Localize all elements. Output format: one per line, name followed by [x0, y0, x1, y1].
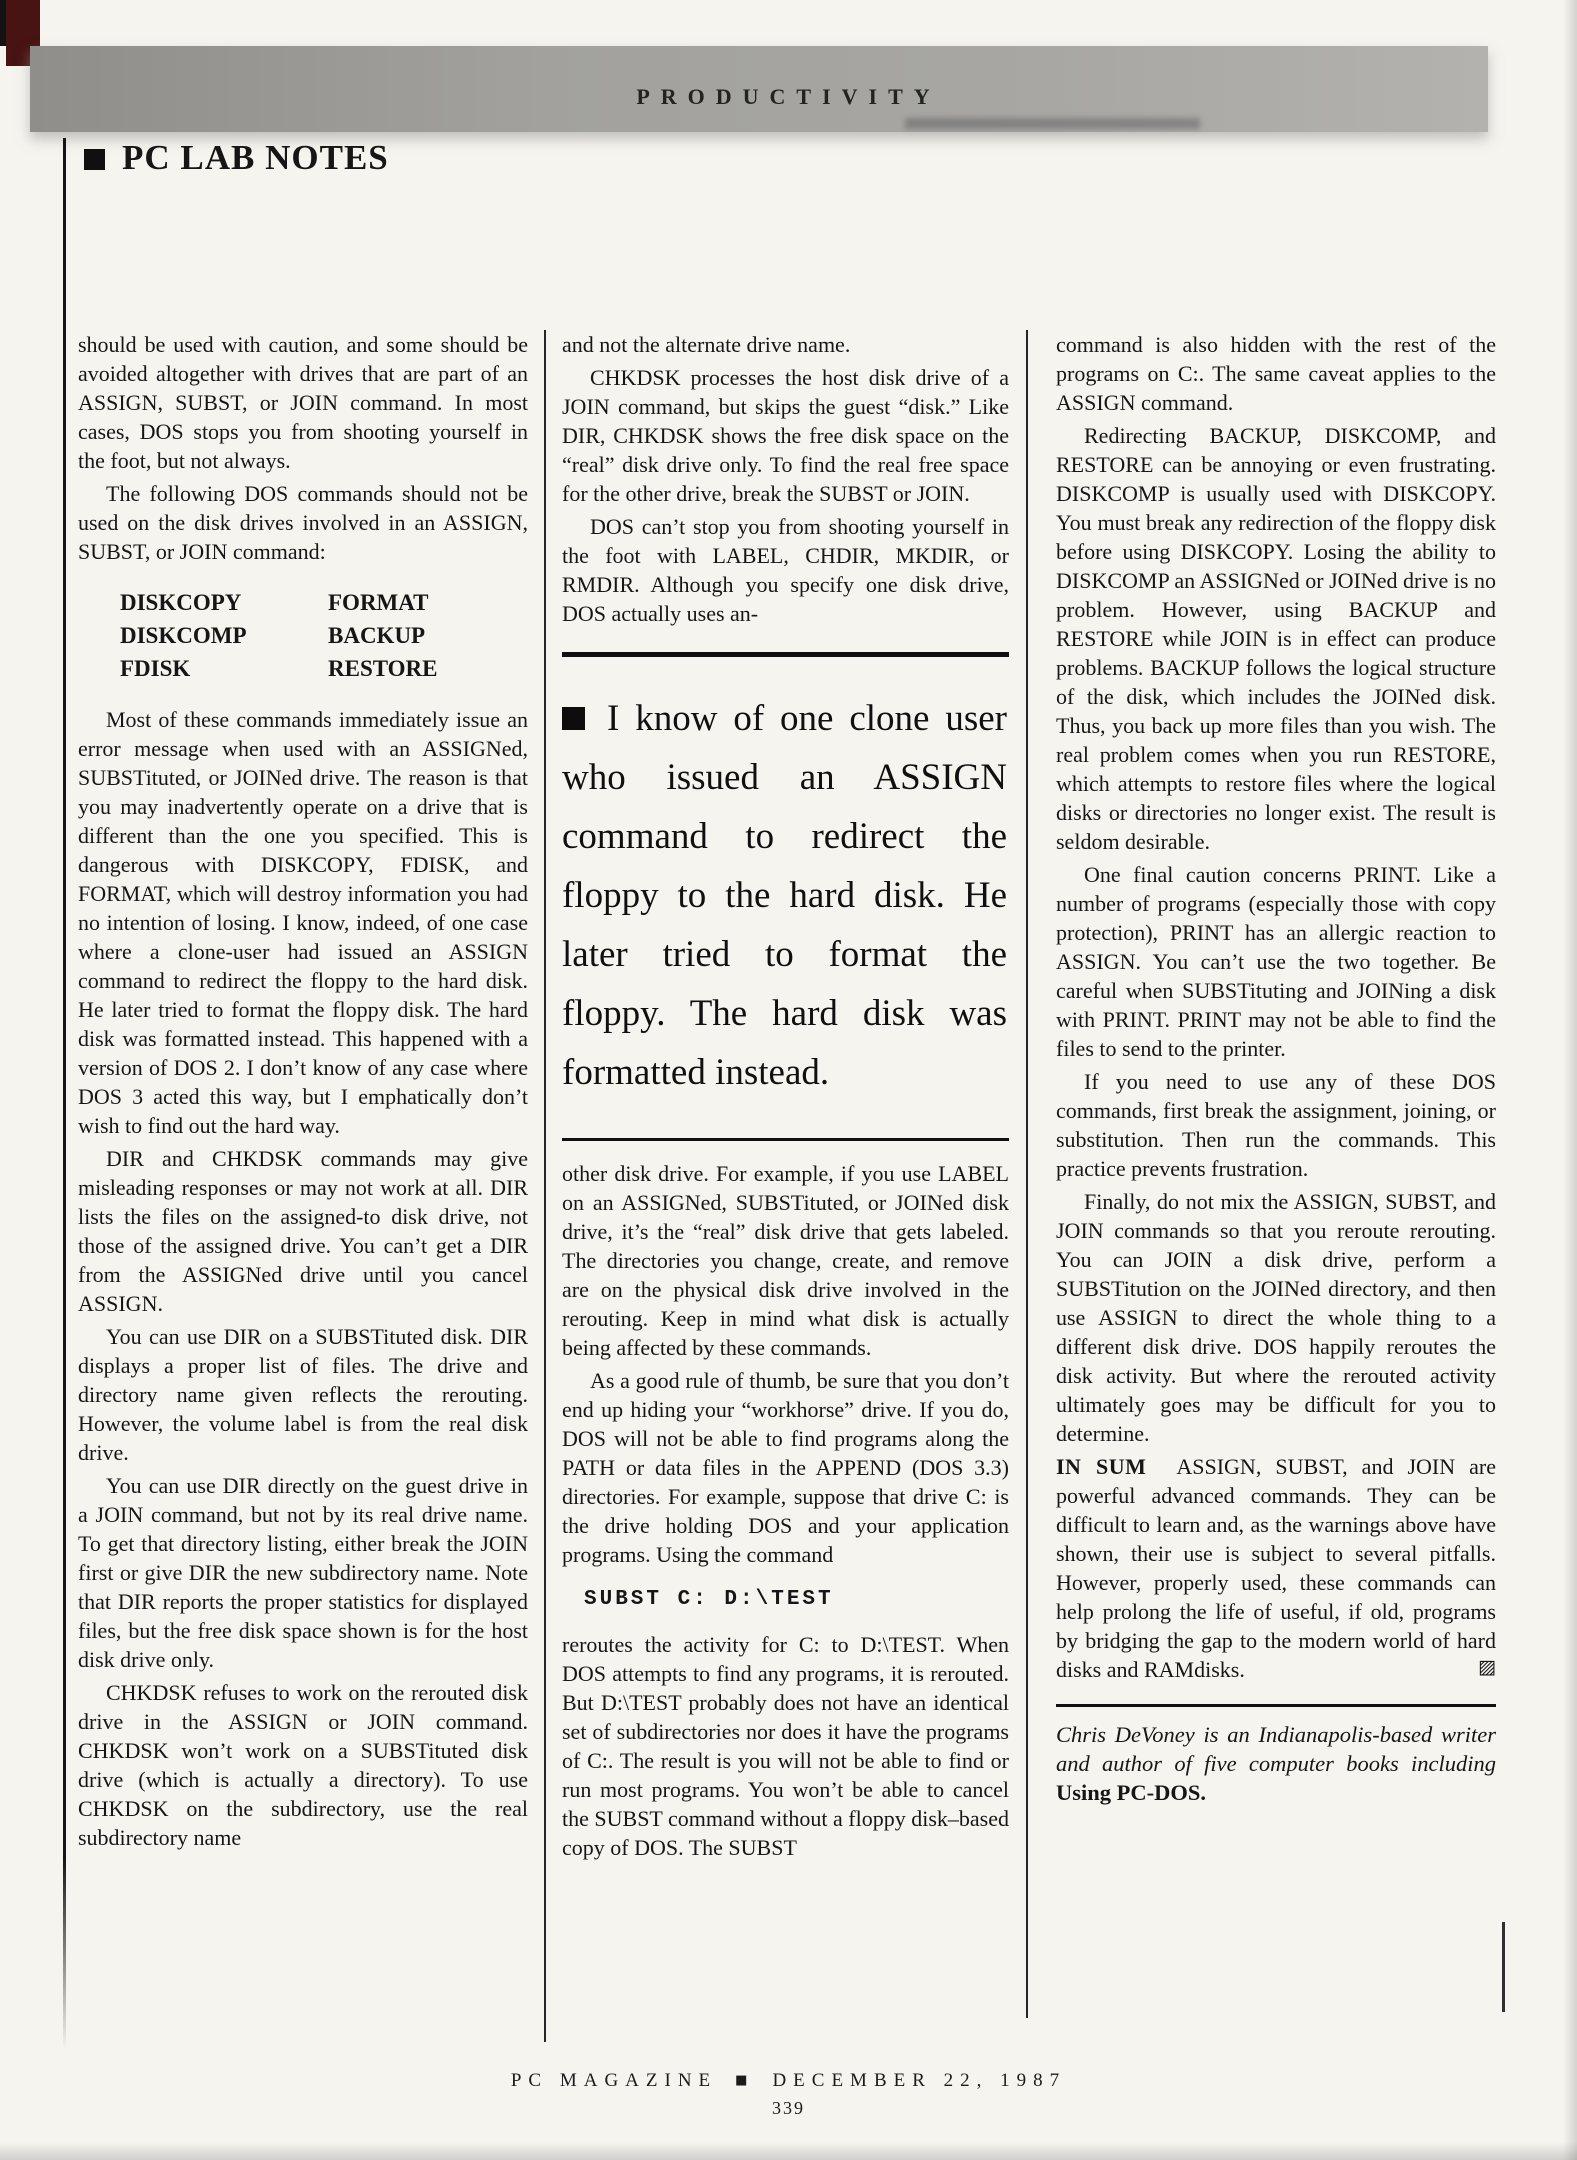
column-divider: [1026, 330, 1028, 2018]
column-head: PC LAB NOTES: [84, 138, 389, 178]
table-cell: BACKUP: [328, 619, 425, 652]
paragraph: CHKDSK processes the host disk drive of …: [562, 363, 1009, 508]
scan-edge-shading: [0, 2142, 1577, 2160]
paragraph: Finally, do not mix the ASSIGN, SUBST, a…: [1056, 1187, 1496, 1448]
footer-separator-icon: ■: [735, 2073, 754, 2088]
text-column-2: and not the alternate drive name. CHKDSK…: [562, 330, 1009, 1866]
text-column-1: should be used with caution, and some sh…: [78, 330, 528, 1856]
paragraph: DIR and CHKDSK commands may give mislead…: [78, 1144, 528, 1318]
paragraph: command is also hidden with the rest of …: [1056, 330, 1496, 417]
in-sum-label: IN SUM: [1056, 1454, 1146, 1479]
text-column-3: command is also hidden with the rest of …: [1056, 330, 1496, 1807]
paragraph: The following DOS commands should not be…: [78, 479, 528, 566]
paragraph: should be used with caution, and some sh…: [78, 330, 528, 475]
paragraph: DOS can’t stop you from shooting yoursel…: [562, 512, 1009, 628]
paragraph: One final caution concerns PRINT. Like a…: [1056, 860, 1496, 1063]
square-bullet-icon: [84, 149, 105, 170]
scan-edge-shading: [1563, 0, 1577, 2160]
paragraph: You can use DIR directly on the guest dr…: [78, 1471, 528, 1674]
table-cell: DISKCOPY: [120, 586, 328, 619]
footer-magazine: PC MAGAZINE: [511, 2070, 717, 2091]
pull-quote-text: I know of one clone user who issued an A…: [562, 698, 1007, 1093]
scan-artifact-line: [1502, 1922, 1505, 2012]
dos-command-text: SUBST C: D:\TEST: [584, 1585, 1009, 1614]
column-divider: [544, 330, 546, 2042]
header-ghost-smudge: [905, 118, 1200, 129]
table-cell: FORMAT: [328, 586, 429, 619]
paragraph: Redirecting BACKUP, DISKCOMP, and RESTOR…: [1056, 421, 1496, 856]
paragraph: and not the alternate drive name.: [562, 330, 1009, 359]
pull-quote: I know of one clone user who issued an A…: [562, 652, 1009, 1141]
table-row: DISKCOPY FORMAT: [120, 586, 528, 619]
page-number: 339: [0, 2098, 1577, 2119]
column-title: PC LAB NOTES: [122, 138, 389, 178]
paragraph: As a good rule of thumb, be sure that yo…: [562, 1366, 1009, 1569]
end-of-article-icon: ▨: [1478, 1653, 1496, 1682]
in-sum-text: ASSIGN, SUBST, and JOIN are powerful adv…: [1056, 1454, 1496, 1682]
paragraph: You can use DIR on a SUBSTituted disk. D…: [78, 1322, 528, 1467]
table-cell: DISKCOMP: [120, 619, 328, 652]
square-bullet-icon: [562, 707, 585, 730]
paragraph: CHKDSK refuses to work on the rerouted d…: [78, 1678, 528, 1852]
magazine-page: { "colors": { "paper": "#f5f4ef", "ink":…: [0, 0, 1577, 2160]
left-margin-rule: [63, 138, 66, 2050]
paragraph: Most of these commands immediately issue…: [78, 705, 528, 1140]
page-footer: PC MAGAZINE■DECEMBER 22, 1987: [0, 2070, 1577, 2092]
paragraph: If you need to use any of these DOS comm…: [1056, 1067, 1496, 1183]
table-row: FDISK RESTORE: [120, 652, 528, 685]
in-sum-paragraph: IN SUMASSIGN, SUBST, and JOIN are powerf…: [1056, 1452, 1496, 1684]
paragraph: reroutes the activity for C: to D:\TEST.…: [562, 1630, 1009, 1862]
table-row: DISKCOMP BACKUP: [120, 619, 528, 652]
table-cell: FDISK: [120, 652, 328, 685]
author-bio: Chris DeVoney is an Indianapolis-based w…: [1056, 1704, 1496, 1807]
author-bio-text: Chris DeVoney is an Indianapolis-based w…: [1056, 1722, 1496, 1776]
book-title: Using PC-DOS.: [1056, 1780, 1206, 1805]
paragraph: other disk drive. For example, if you us…: [562, 1159, 1009, 1362]
section-label: PRODUCTIVITY: [0, 84, 1577, 110]
table-cell: RESTORE: [328, 652, 438, 685]
footer-date: DECEMBER 22, 1987: [772, 2070, 1066, 2091]
dos-commands-table: DISKCOPY FORMAT DISKCOMP BACKUP FDISK RE…: [120, 586, 528, 685]
